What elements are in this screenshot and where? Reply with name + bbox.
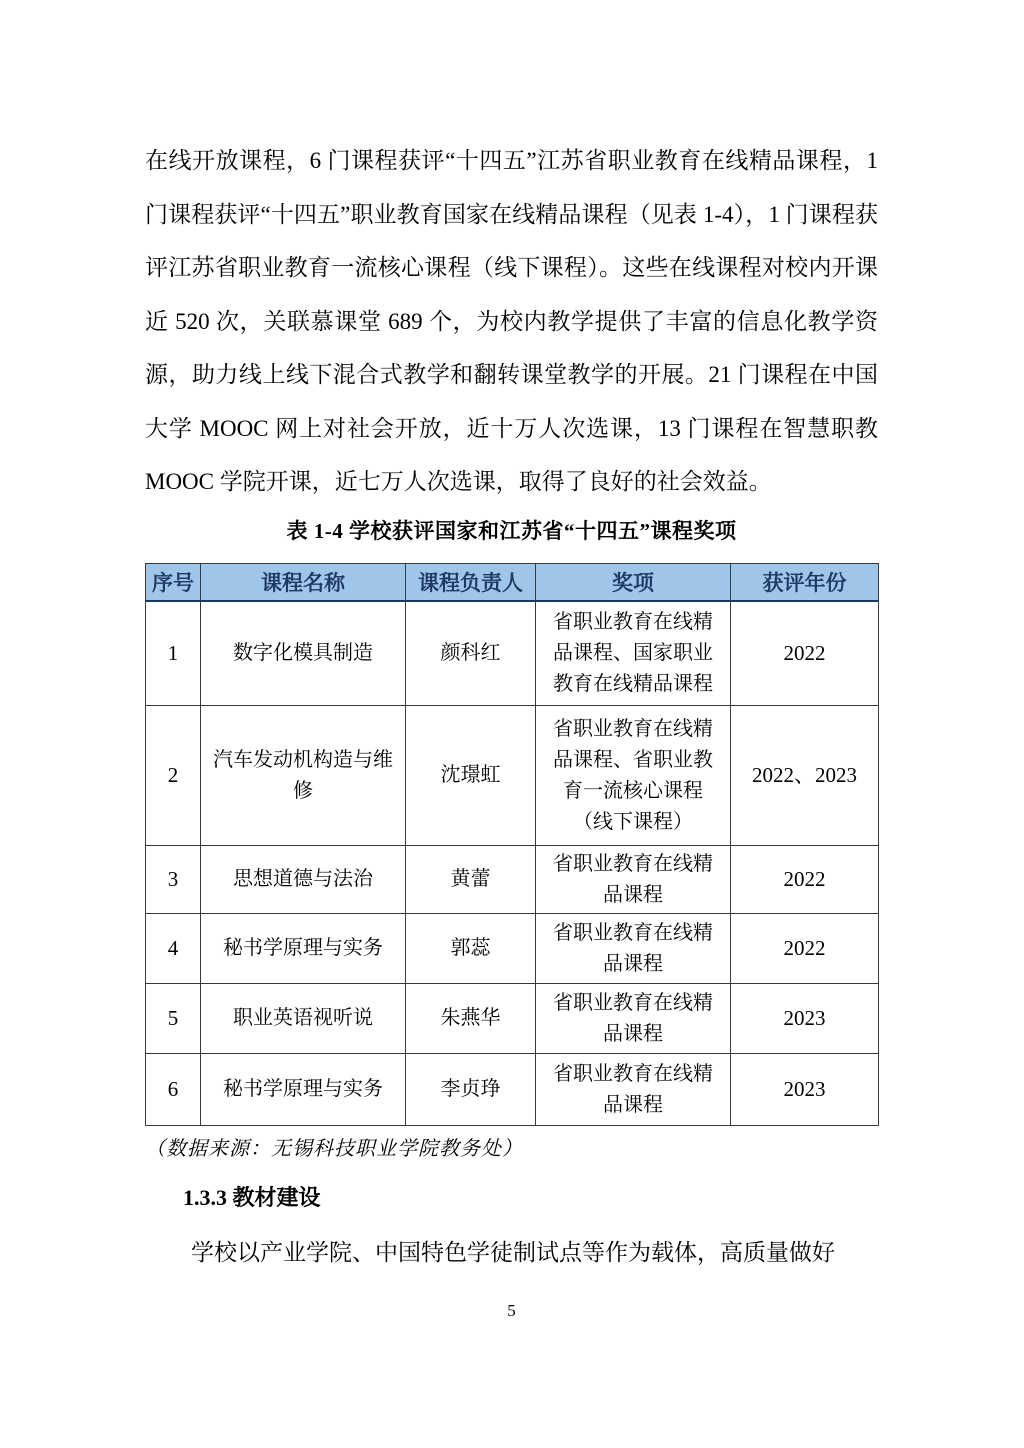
cell-award: 省职业教育在线精品课程 [536,846,731,914]
table-row: 6 秘书学原理与实务 李贞琤 省职业教育在线精品课程 2023 [146,1054,879,1126]
cell-seq-no: 5 [146,984,201,1054]
cell-course-name: 职业英语视听说 [201,984,406,1054]
cell-award-year: 2023 [731,984,879,1054]
cell-seq-no: 4 [146,914,201,984]
cell-award-year: 2022 [731,914,879,984]
cell-course-name: 数字化模具制造 [201,601,406,706]
cell-seq-no: 2 [146,706,201,846]
paragraph-online-courses: 在线开放课程，6 门课程获评“十四五”江苏省职业教育在线精品课程，1 门课程获评… [145,134,878,509]
cell-award-year: 2022 [731,846,879,914]
cell-course-leader: 沈璟虹 [406,706,536,846]
table-row: 2 汽车发动机构造与维修 沈璟虹 省职业教育在线精品课程、省职业教育一流核心课程… [146,706,879,846]
cell-award: 省职业教育在线精品课程、国家职业教育在线精品课程 [536,601,731,706]
cell-seq-no: 6 [146,1054,201,1126]
cell-course-leader: 郭蕊 [406,914,536,984]
cell-course-name: 汽车发动机构造与维修 [201,706,406,846]
cell-award: 省职业教育在线精品课程 [536,914,731,984]
cell-course-name: 秘书学原理与实务 [201,914,406,984]
data-source-note: （数据来源：无锡科技职业学院教务处） [145,1134,878,1164]
header-award: 奖项 [536,563,731,601]
cell-course-leader: 朱燕华 [406,984,536,1054]
page-number: 5 [145,1300,878,1322]
header-award-year: 获评年份 [731,563,879,601]
table-row: 1 数字化模具制造 颜科红 省职业教育在线精品课程、国家职业教育在线精品课程 2… [146,601,879,706]
cell-course-leader: 李贞琤 [406,1054,536,1126]
table-row: 5 职业英语视听说 朱燕华 省职业教育在线精品课程 2023 [146,984,879,1054]
cell-award: 省职业教育在线精品课程 [536,1054,731,1126]
course-awards-table: 序号 课程名称 课程负责人 奖项 获评年份 1 数字化模具制造 颜科红 省职业教… [145,563,879,1127]
paragraph-textbook-construction: 学校以产业学院、中国特色学徒制试点等作为载体，高质量做好 [145,1226,878,1280]
page-content: 在线开放课程，6 门课程获评“十四五”江苏省职业教育在线精品课程，1 门课程获评… [145,0,878,1322]
cell-seq-no: 3 [146,846,201,914]
cell-award-year: 2022、2023 [731,706,879,846]
table-row: 3 思想道德与法治 黄蕾 省职业教育在线精品课程 2022 [146,846,879,914]
cell-award: 省职业教育在线精品课程、省职业教育一流核心课程（线下课程） [536,706,731,846]
cell-course-name: 秘书学原理与实务 [201,1054,406,1126]
table-row: 4 秘书学原理与实务 郭蕊 省职业教育在线精品课程 2022 [146,914,879,984]
header-course-name: 课程名称 [201,563,406,601]
document-page: 在线开放课程，6 门课程获评“十四五”江苏省职业教育在线精品课程，1 门课程获评… [0,0,1024,1448]
cell-seq-no: 1 [146,601,201,706]
header-seq-no: 序号 [146,563,201,601]
cell-course-name: 思想道德与法治 [201,846,406,914]
cell-award-year: 2023 [731,1054,879,1126]
cell-course-leader: 黄蕾 [406,846,536,914]
section-heading-1-3-3: 1.3.3 教材建设 [183,1180,878,1216]
table-title: 表 1-4 学校获评国家和江苏省“十四五”课程奖项 [145,515,878,547]
cell-course-leader: 颜科红 [406,601,536,706]
cell-award: 省职业教育在线精品课程 [536,984,731,1054]
table-header-row: 序号 课程名称 课程负责人 奖项 获评年份 [146,563,879,601]
header-course-leader: 课程负责人 [406,563,536,601]
cell-award-year: 2022 [731,601,879,706]
